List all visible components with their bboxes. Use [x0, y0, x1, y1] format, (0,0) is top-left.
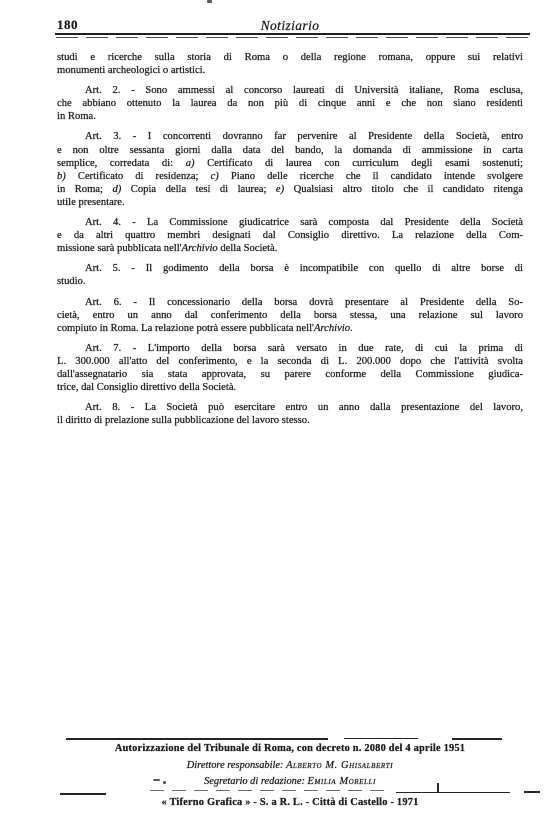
text-segment: « Tiferno Grafica » - S. a R. L. - Città… — [161, 797, 418, 808]
text-line: e non oltre sessanta giorni dalla data d… — [57, 144, 523, 157]
paragraph: Art. 2. - Sono ammessi al concorso laure… — [57, 84, 523, 123]
italic-text: c) — [211, 171, 219, 182]
text-segment: in Roma; — [57, 184, 112, 195]
text-segment: cietà, entro un anno dal conferimento de… — [57, 310, 523, 321]
text-segment: in Roma. — [57, 111, 96, 122]
text-segment: Certificato di residenza; — [66, 171, 211, 182]
text-segment: compiuto in Roma. La relazione potrà ess… — [57, 323, 314, 334]
text-segment: Art. 7. - L'importo della borsa sarà ver… — [85, 343, 523, 354]
text-line: studi e ricerche sulla storia di Roma o … — [57, 51, 523, 64]
text-segment: della Società. — [218, 243, 278, 254]
header-rule — [55, 33, 530, 35]
italic-text: e) — [276, 184, 284, 195]
text-line: che abbiano ottenuto la laurea da non pi… — [57, 97, 523, 110]
text-segment: e non oltre sessanta giorni dalla data d… — [57, 145, 523, 156]
text-segment: Art. 4. - La Commissione giudicatrice sa… — [85, 217, 523, 228]
text-segment: studi e ricerche sulla storia di Roma o … — [57, 52, 523, 63]
text-segment: Copia della tesi di laurea; — [121, 184, 276, 195]
text-segment: . — [350, 323, 353, 334]
text-segment: dall'assegnatario sia stata approvata, s… — [57, 369, 523, 380]
text-line: b) Certificato di residenza; c) Piano de… — [57, 170, 523, 183]
text-line: in Roma; d) Copia della tesi di laurea; … — [57, 183, 523, 196]
text-segment: che abbiano ottenuto la laurea da non pi… — [57, 98, 523, 109]
body-text: studi e ricerche sulla storia di Roma o … — [57, 51, 523, 427]
text-line: monumenti archeologici o artistici. — [57, 64, 523, 77]
header-rule-rough — [56, 37, 529, 38]
text-line: utile presentare. — [57, 196, 523, 209]
footer-rule-mid-segment — [524, 791, 540, 793]
text-segment: trice, dal Consiglio direttivo della Soc… — [57, 382, 236, 393]
text-line: studio. — [57, 275, 523, 288]
text-line: Art. 7. - L'importo della borsa sarà ver… — [57, 342, 523, 355]
footer-rule-top-segment — [344, 738, 418, 740]
text-line: Art. 6. - Il concessionario della borsa … — [57, 296, 523, 309]
text-segment: Piano delle ricerche che il candidato in… — [219, 171, 523, 182]
text-segment: Art. 5. - Il godimento della borsa è inc… — [85, 263, 523, 274]
text-line: in Roma. — [57, 110, 523, 123]
text-segment: semplice, corredata di: — [57, 158, 186, 169]
text-line: Art. 2. - Sono ammessi al concorso laure… — [57, 84, 523, 97]
footer-line: Direttore responsabile: Alberto M. Ghisa… — [57, 760, 523, 772]
paragraph: Art. 5. - Il godimento della borsa è inc… — [57, 262, 523, 288]
italic-text: Archivio — [182, 243, 218, 254]
text-segment: e da altri quattro membri designati dal … — [57, 230, 523, 241]
text-segment: Qualsiasi altro titolo che il candidato … — [284, 184, 523, 195]
text-line: Art. 3. - I concorrenti dovranno far per… — [57, 130, 523, 143]
paragraph: Art. 6. - Il concessionario della borsa … — [57, 296, 523, 335]
smallcaps-name: Alberto M. Ghisalberti — [286, 760, 393, 771]
italic-text: b) — [57, 171, 66, 182]
paragraph: Art. 7. - L'importo della borsa sarà ver… — [57, 342, 523, 394]
text-line: Art. 8. - La Società può esercitare entr… — [57, 401, 523, 414]
text-segment: L. 300.000 all'atto del conferimento, e … — [57, 356, 523, 367]
text-segment: monumenti archeologici o artistici. — [57, 65, 205, 76]
footer-rule-mid-segment — [396, 792, 510, 794]
text-segment: utile presentare. — [57, 197, 125, 208]
text-line: Art. 5. - Il godimento della borsa è inc… — [57, 262, 523, 275]
italic-text: d) — [112, 184, 121, 195]
text-line: compiuto in Roma. La relazione potrà ess… — [57, 322, 523, 335]
text-line: e da altri quattro membri designati dal … — [57, 229, 523, 242]
text-segment: Art. 8. - La Società può esercitare entr… — [85, 402, 523, 413]
footer-rule-top-segment — [452, 738, 502, 740]
text-line: trice, dal Consiglio direttivo della Soc… — [57, 381, 523, 394]
text-line: semplice, corredata di: a) Certificato d… — [57, 157, 523, 170]
header-title: Notiziario — [57, 18, 523, 34]
text-segment: il diritto di prelazione sulla pubblicaz… — [57, 415, 310, 426]
smallcaps-name: Emilia Morelli — [308, 776, 376, 787]
text-segment: studio. — [57, 276, 86, 287]
text-line: L. 300.000 all'atto del conferimento, e … — [57, 355, 523, 368]
italic-text: a) — [186, 158, 195, 169]
footer-rule-mid-segment — [60, 793, 106, 795]
scan-artifact-speck — [207, 0, 212, 3]
paragraph: studi e ricerche sulla storia di Roma o … — [57, 51, 523, 77]
text-segment: Segretario di redazione: — [204, 776, 307, 787]
text-segment: Art. 6. - Il concessionario della borsa … — [85, 297, 523, 308]
text-line: il diritto di prelazione sulla pubblicaz… — [57, 414, 523, 427]
footer-rule-mid-dashes — [150, 790, 390, 791]
footer-line: Autorizzazione del Tribunale di Roma, co… — [57, 743, 523, 755]
footer-line: « Tiferno Grafica » - S. a R. L. - Città… — [57, 797, 523, 809]
paragraph: Art. 4. - La Commissione giudicatrice sa… — [57, 216, 523, 255]
footer-rule-top-segment — [66, 738, 328, 740]
paragraph: Art. 8. - La Società può esercitare entr… — [57, 401, 523, 427]
document-page: 180 Notiziario studi e ricerche sulla st… — [0, 0, 550, 831]
text-line: dall'assegnatario sia stata approvata, s… — [57, 368, 523, 381]
footer-line: Segretario di redazione: Emilia Morelli — [57, 776, 523, 788]
text-segment: Direttore responsabile: — [187, 760, 286, 771]
text-line: Art. 4. - La Commissione giudicatrice sa… — [57, 216, 523, 229]
italic-text: Archivio — [314, 323, 350, 334]
text-segment: Art. 2. - Sono ammessi al concorso laure… — [85, 85, 523, 96]
text-segment: missione sarà pubblicata nell' — [57, 243, 182, 254]
text-segment: Autorizzazione del Tribunale di Roma, co… — [115, 743, 465, 754]
text-segment: Certificato di laurea con curriculum deg… — [195, 158, 523, 169]
text-line: missione sarà pubblicata nell'Archivio d… — [57, 242, 523, 255]
text-segment: Art. 3. - I concorrenti dovranno far per… — [85, 131, 523, 142]
text-line: cietà, entro un anno dal conferimento de… — [57, 309, 523, 322]
paragraph: Art. 3. - I concorrenti dovranno far per… — [57, 130, 523, 209]
page-header: 180 Notiziario — [57, 17, 523, 33]
